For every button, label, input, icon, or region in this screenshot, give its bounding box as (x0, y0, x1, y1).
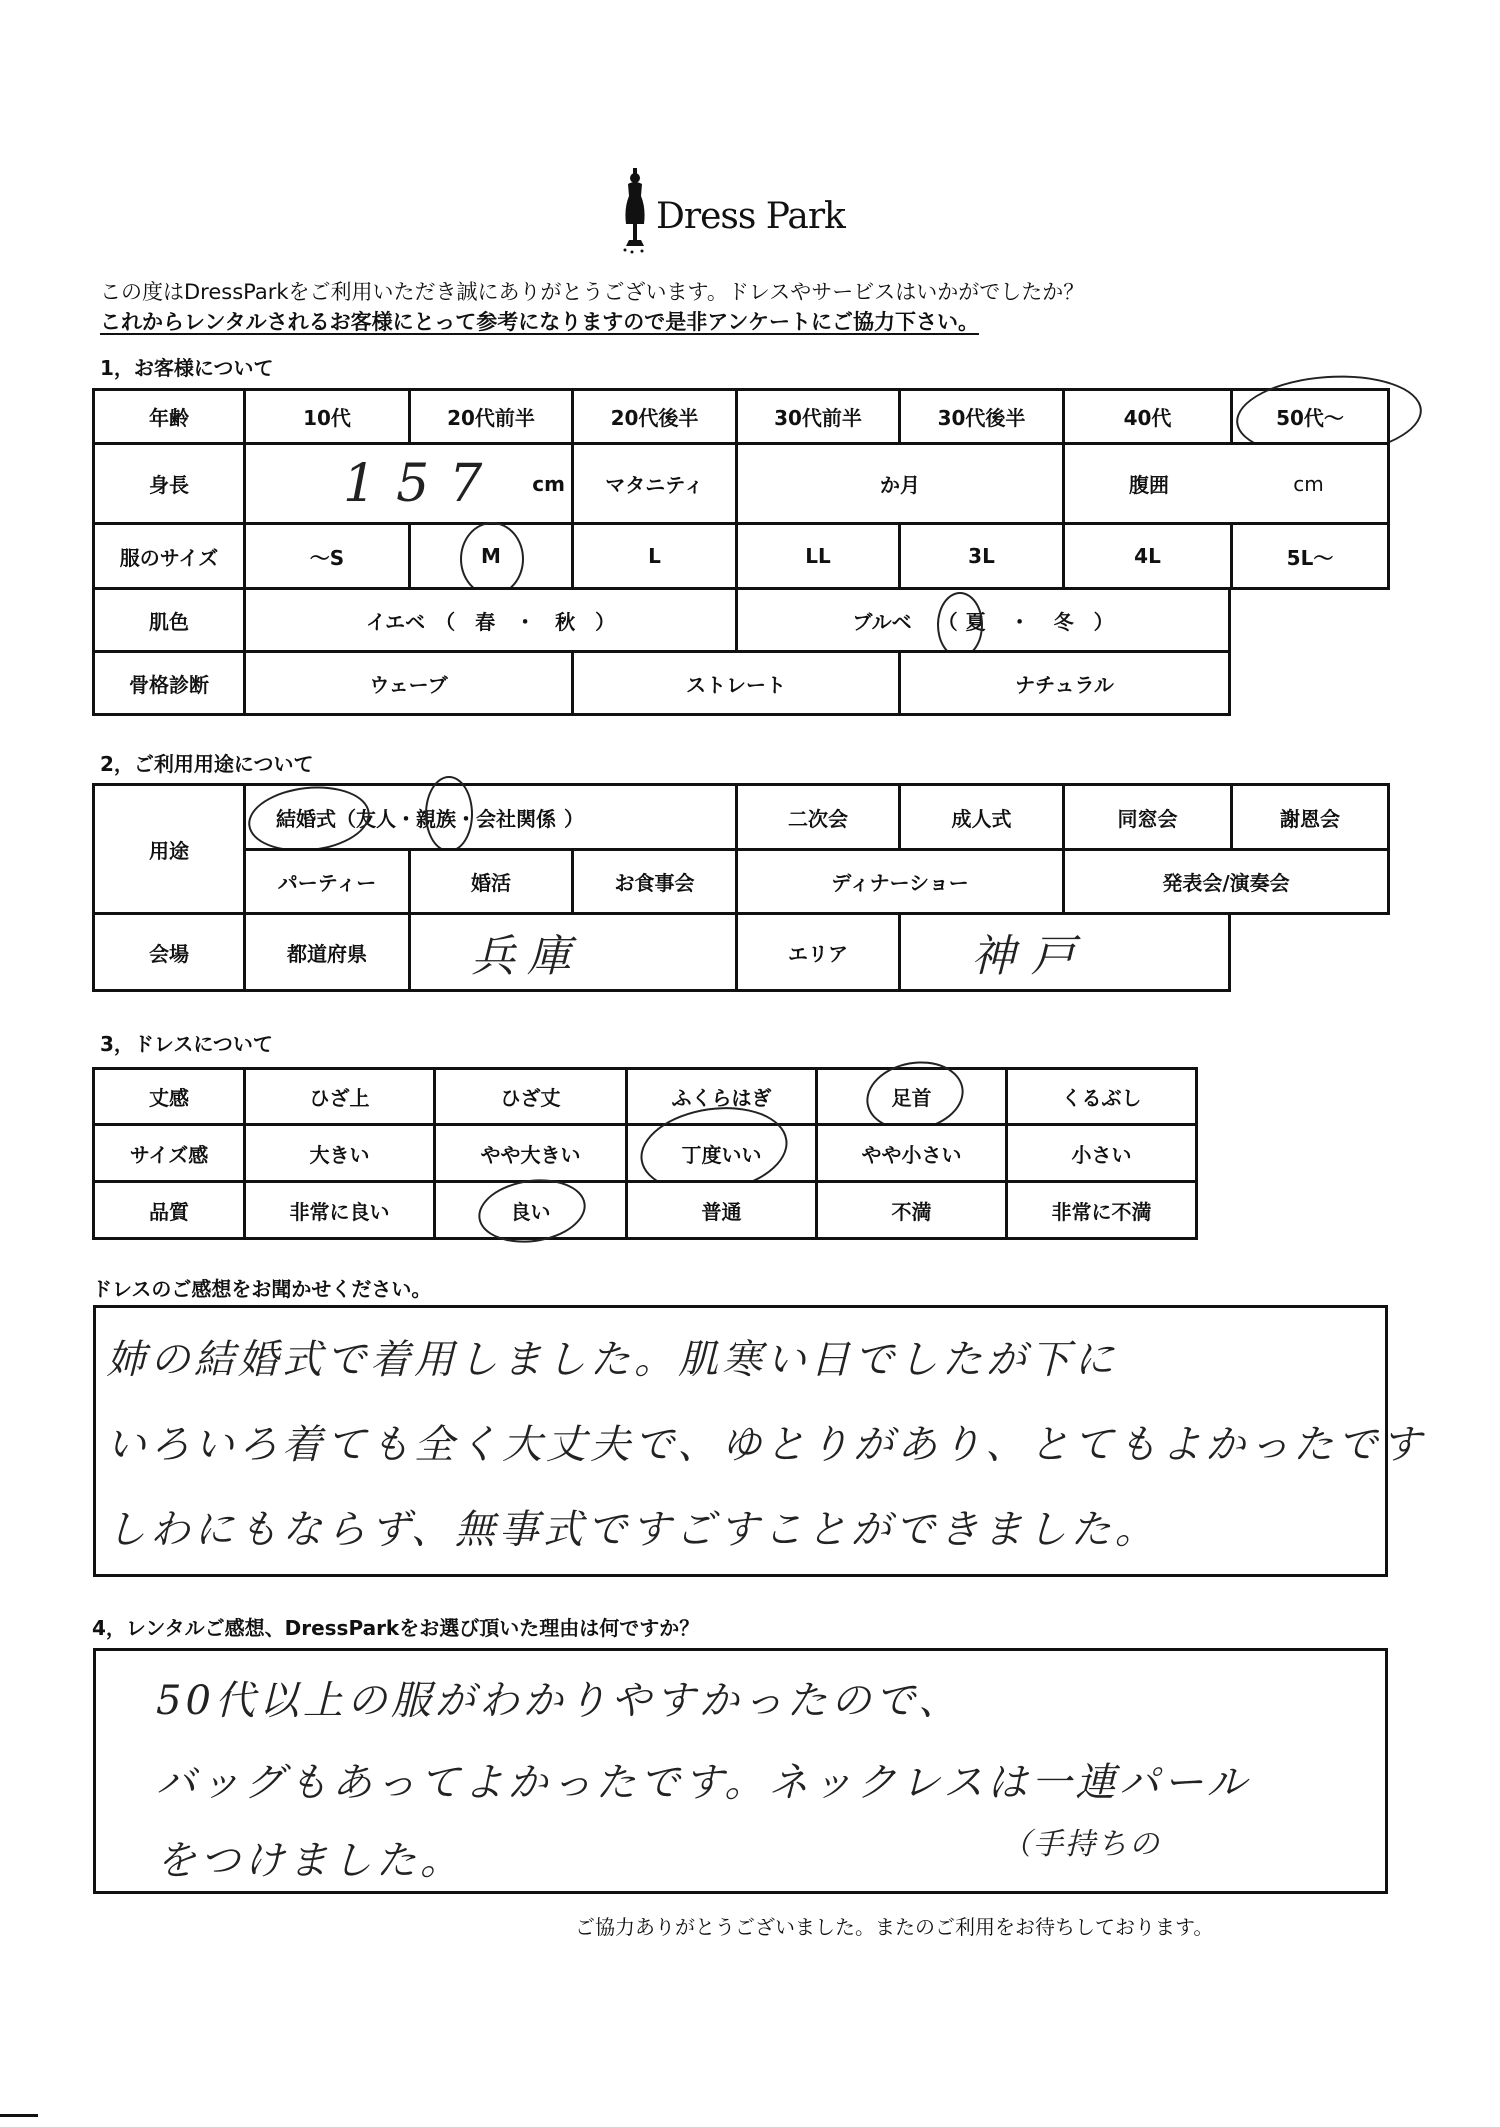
area-field[interactable]: 神戸 (898, 912, 1231, 992)
area-label: エリア (735, 912, 901, 992)
mannequin-icon (620, 168, 650, 256)
fit-option-slightly-small[interactable]: やや小さい (815, 1123, 1008, 1183)
quality-option-good-selected[interactable]: 良い (433, 1180, 628, 1240)
wedding-option-selected[interactable]: 結婚式 (276, 803, 336, 832)
footer-thanks: ご協力ありがとうございました。またのご利用をお待ちしております。 (575, 1911, 1213, 1940)
quality-label: 品質 (92, 1180, 246, 1240)
fit-option-large[interactable]: 大きい (243, 1123, 436, 1183)
maternity-label: マタニティ (571, 442, 738, 525)
wedding-company-option[interactable]: 会社関係 (476, 803, 556, 832)
paren-close: ） (1094, 606, 1114, 635)
purpose-coming-of-age[interactable]: 成人式 (898, 783, 1065, 851)
paren-close: ） (564, 803, 584, 832)
size-option-l[interactable]: L (571, 522, 738, 590)
waist-label: 腹囲 (1062, 442, 1233, 525)
logo-text: Dress Park (656, 196, 845, 237)
purpose-party[interactable]: パーティー (243, 848, 411, 915)
age-option-10s[interactable]: 10代 (243, 388, 411, 445)
paren-open: （ (938, 606, 958, 635)
rental-comment-line-2: バッグもあってよかったです。ネックレスは一連パール (156, 1751, 1250, 1808)
intro-request: これからレンタルされるお客様にとって参考になりますので是非アンケートにご協力下さ… (100, 306, 979, 336)
length-option-ankle-selected[interactable]: 足首 (815, 1067, 1008, 1126)
rental-comment-line-3: をつけました。 (156, 1829, 464, 1886)
purpose-wedding[interactable]: 結婚式 （ 友人 ・ 親族 ・ 会社関係 ） (243, 783, 738, 851)
size-option-5l[interactable]: 5L～ (1230, 522, 1390, 590)
dress-comment-line-3: しわにもならず、無事式ですごすことができました。 (106, 1498, 1159, 1555)
height-value: 157 (343, 454, 502, 514)
section4-title: 4，レンタルご感想、DressParkをお選び頂いた理由は何ですか？ (92, 1612, 699, 1641)
intro-text: この度はDressParkをご利用いただき誠にありがとうございます。ドレスやサー… (100, 276, 1084, 306)
prefecture-value: 兵庫 (471, 920, 583, 984)
waist-field[interactable]: cm (1230, 442, 1390, 525)
prefecture-field[interactable]: 兵庫 (408, 912, 738, 992)
age-option-early20s[interactable]: 20代前半 (408, 388, 574, 445)
length-option-calf[interactable]: ふくらはぎ (625, 1067, 818, 1126)
dress-comment-line-2: いろいろ着ても全く大丈夫で、ゆとりがあり、とてもよかったです (106, 1413, 1425, 1470)
purpose-dinner-show[interactable]: ディナーショー (735, 848, 1065, 915)
purpose-thanks-party[interactable]: 謝恩会 (1230, 783, 1390, 851)
waist-unit: cm (1293, 472, 1323, 496)
quality-option-very-dissatisfied[interactable]: 非常に不満 (1005, 1180, 1198, 1240)
fit-option-small[interactable]: 小さい (1005, 1123, 1198, 1183)
wedding-family-option-selected[interactable]: 親族 (416, 803, 456, 832)
dress-comment-line-1: 姉の結婚式で着用しました。肌寒い日でしたが下に (106, 1328, 1118, 1385)
purpose-reunion[interactable]: 同窓会 (1062, 783, 1233, 851)
size-option-4l[interactable]: 4L (1062, 522, 1233, 590)
prefecture-label: 都道府県 (243, 912, 411, 992)
rental-comment-annotation: （手持ちの (1001, 1819, 1161, 1863)
paren-open: （ (336, 803, 356, 832)
separator: ・ (1010, 606, 1030, 635)
wedding-friend-option[interactable]: 友人 (356, 803, 396, 832)
age-option-40s[interactable]: 40代 (1062, 388, 1233, 445)
dress-comment-label: ドレスのご感想をお聞かせください。 (92, 1273, 431, 1302)
frame-option-natural[interactable]: ナチュラル (898, 650, 1231, 716)
quality-option-very-good[interactable]: 非常に良い (243, 1180, 436, 1240)
venue-label: 会場 (92, 912, 246, 992)
length-option-ankle-bone[interactable]: くるぶし (1005, 1067, 1198, 1126)
quality-option-average[interactable]: 普通 (625, 1180, 818, 1240)
skin-option-blue[interactable]: ブルベ （ 夏 ・ 冬 ） (735, 587, 1231, 653)
size-option-3l[interactable]: 3L (898, 522, 1065, 590)
quality-option-dissatisfied[interactable]: 不満 (815, 1180, 1008, 1240)
age-option-late20s[interactable]: 20代後半 (571, 388, 738, 445)
fit-label: サイズ感 (92, 1123, 246, 1183)
dress-comment-box[interactable]: 姉の結婚式で着用しました。肌寒い日でしたが下に いろいろ着ても全く大丈夫で、ゆと… (93, 1305, 1388, 1577)
purpose-konkatsu[interactable]: 婚活 (408, 848, 574, 915)
size-option-s[interactable]: ～S (243, 522, 411, 590)
age-option-early30s[interactable]: 30代前半 (735, 388, 901, 445)
height-field[interactable]: 157 cm (243, 442, 574, 525)
size-option-ll[interactable]: LL (735, 522, 901, 590)
skin-option-winter[interactable]: 冬 (1054, 606, 1074, 635)
length-label: 丈感 (92, 1067, 246, 1126)
months-unit: か月 (880, 469, 920, 498)
length-option-above-knee[interactable]: ひざ上 (243, 1067, 436, 1126)
frame-option-wave[interactable]: ウェーブ (243, 650, 574, 716)
frame-option-straight[interactable]: ストレート (571, 650, 901, 716)
section3-title: 3，ドレスについて (100, 1028, 273, 1057)
purpose-afterparty[interactable]: 二次会 (735, 783, 901, 851)
area-value: 神戸 (971, 920, 1091, 984)
rental-comment-box[interactable]: 50代以上の服がわかりやすかったので、 バッグもあってよかったです。ネックレスは… (93, 1648, 1388, 1894)
height-unit: cm (532, 472, 565, 496)
skin-label: 肌色 (92, 587, 246, 653)
purpose-recital[interactable]: 発表会/演奏会 (1062, 848, 1390, 915)
fit-option-slightly-large[interactable]: やや大きい (433, 1123, 628, 1183)
size-label: 服のサイズ (92, 522, 246, 590)
age-label: 年齢 (92, 388, 246, 445)
size-option-m-selected[interactable]: M (408, 522, 574, 590)
fit-option-just-right-selected[interactable]: 丁度いい (625, 1123, 818, 1183)
maternity-months-field[interactable]: か月 (735, 442, 1065, 525)
height-label: 身長 (92, 442, 246, 525)
age-option-50s-selected[interactable]: 50代～ (1230, 388, 1390, 445)
purpose-dinner[interactable]: お食事会 (571, 848, 738, 915)
skin-option-summer-selected[interactable]: 夏 (966, 606, 986, 635)
purpose-label: 用途 (92, 783, 246, 915)
section2-title: 2，ご利用用途について (100, 748, 314, 777)
scan-artifact (0, 2114, 38, 2117)
frame-label: 骨格診断 (92, 650, 246, 716)
rental-comment-line-1: 50代以上の服がわかりやすかったので、 (156, 1669, 962, 1726)
section1-title: 1，お客様について (100, 352, 274, 381)
age-option-late30s[interactable]: 30代後半 (898, 388, 1065, 445)
blue-prefix: ブルベ (852, 606, 911, 635)
skin-option-yellow[interactable]: イエベ （ 春 ・ 秋 ） (243, 587, 738, 653)
length-option-knee[interactable]: ひざ丈 (433, 1067, 628, 1126)
